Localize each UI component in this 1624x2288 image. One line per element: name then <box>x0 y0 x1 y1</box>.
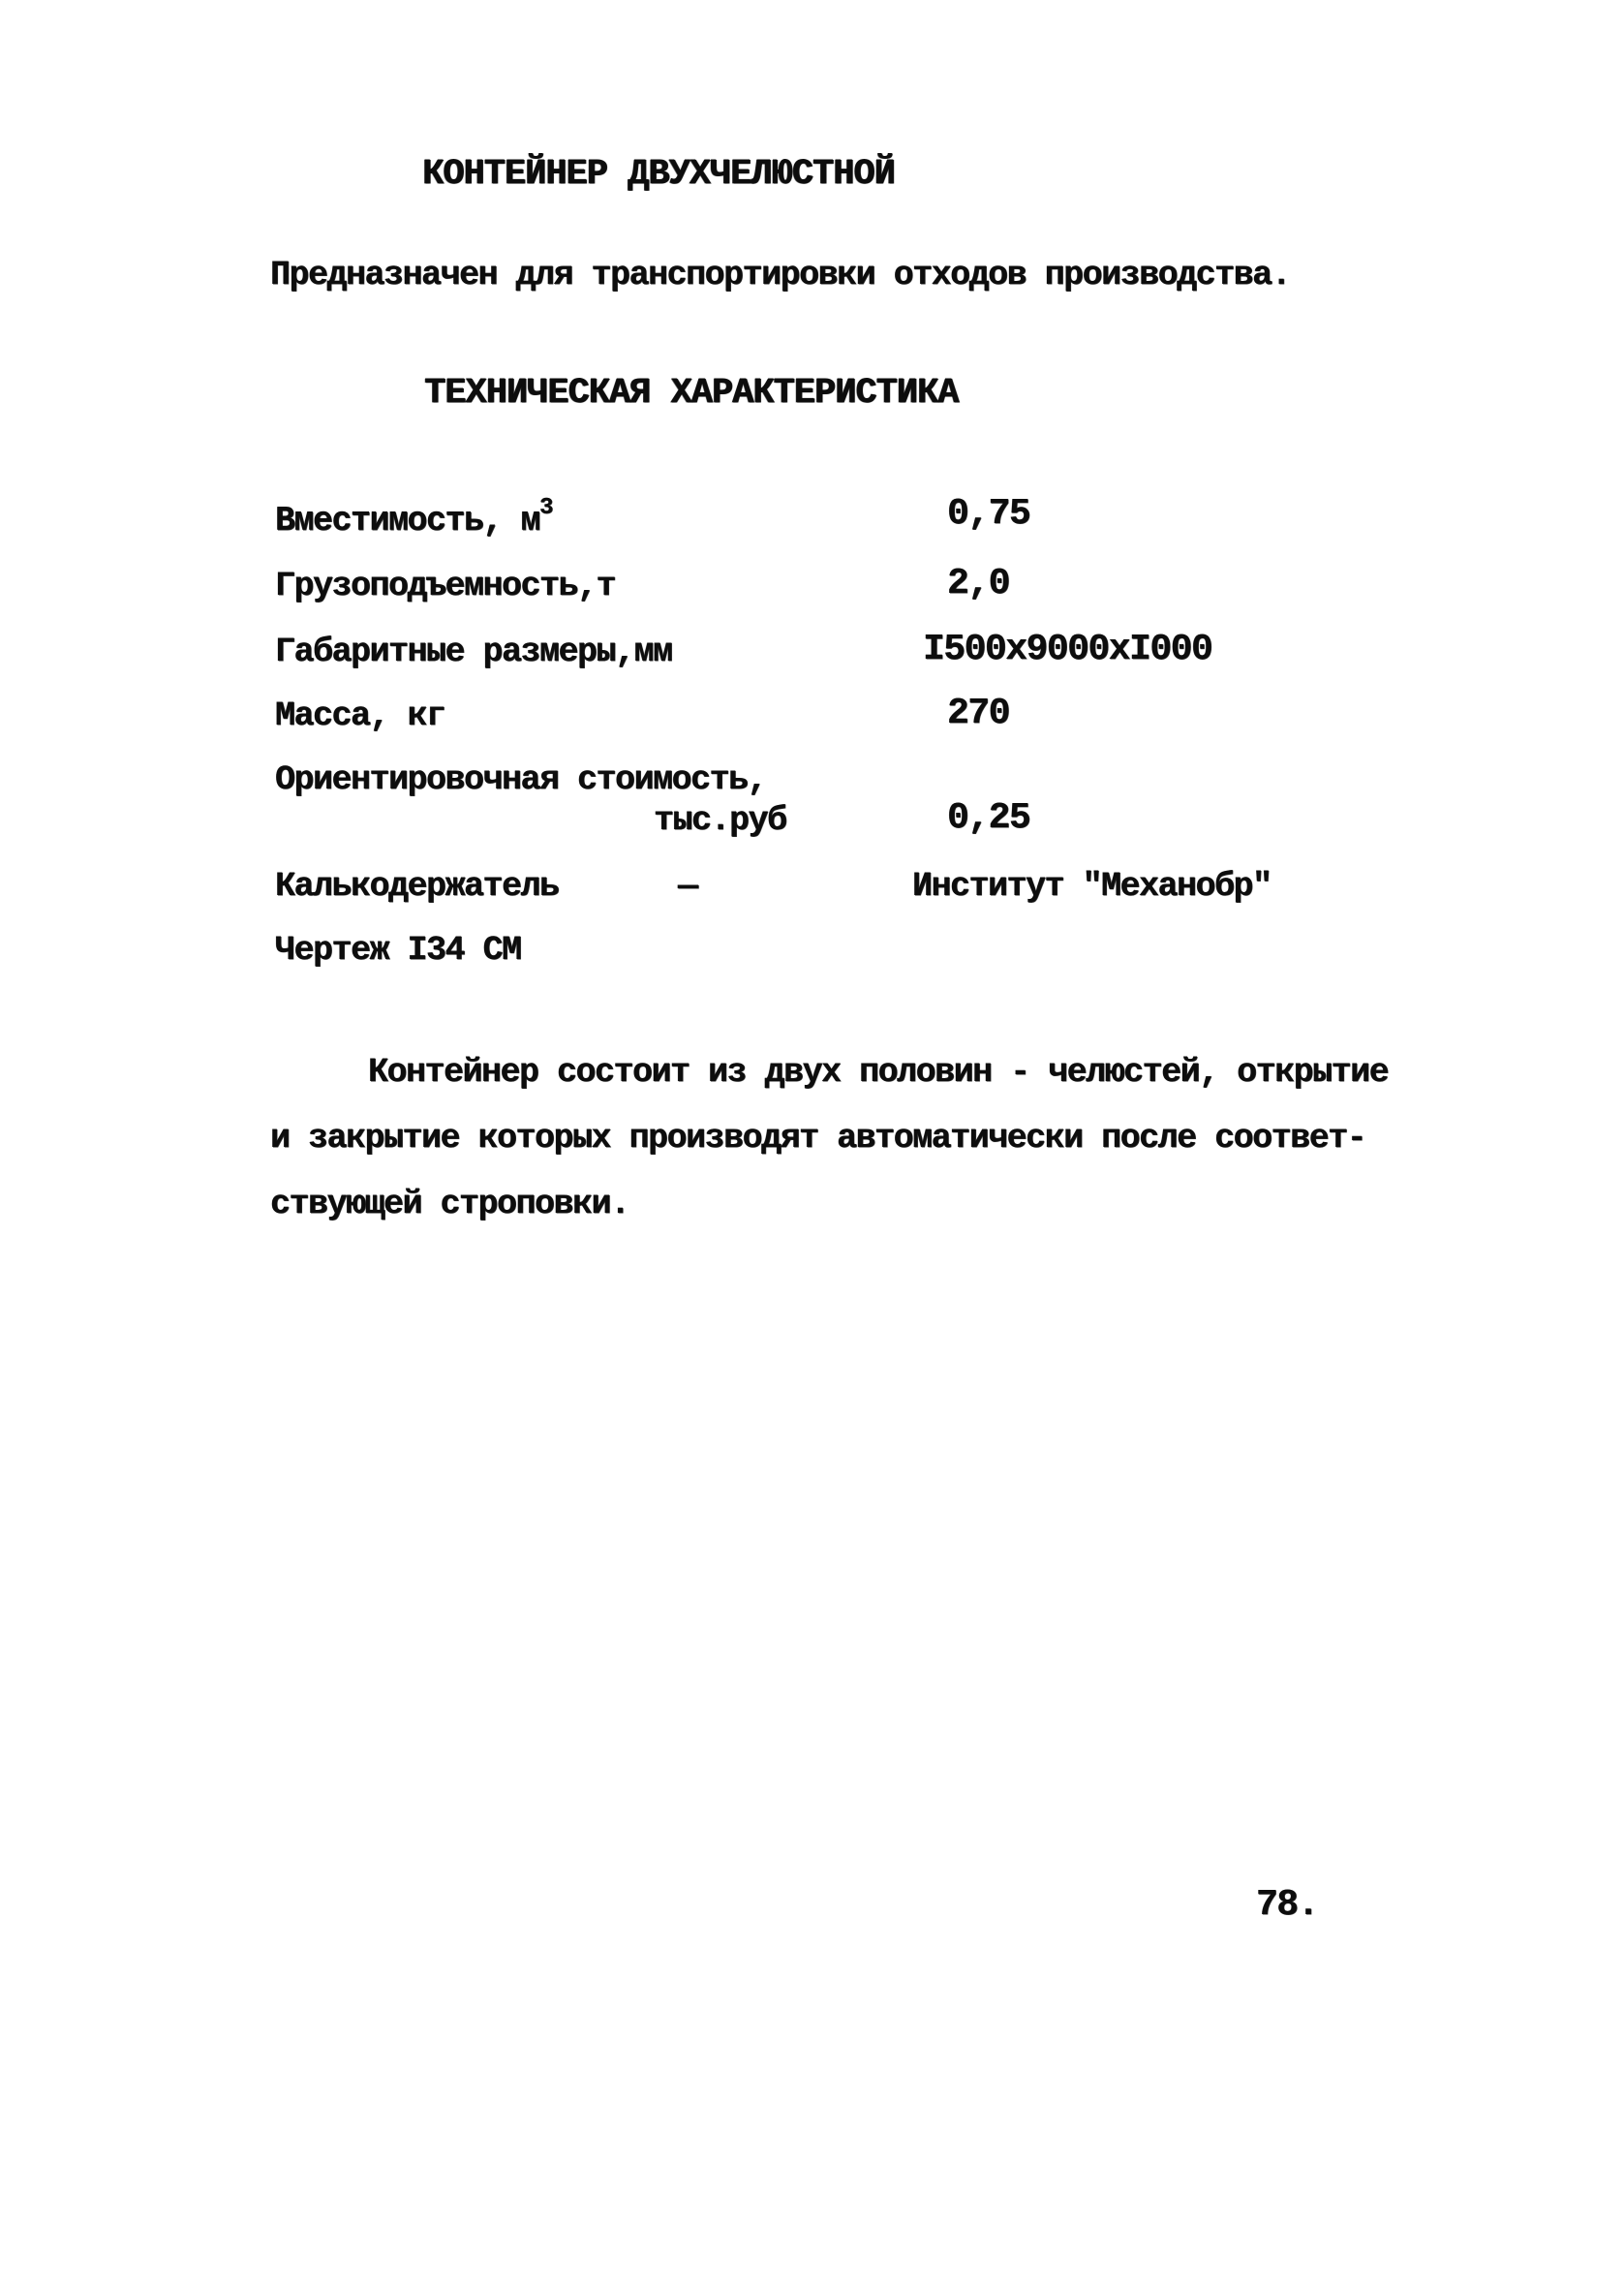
dimensions-value: I500х9000хI000 <box>923 630 1211 670</box>
capacity-label: Вместимость, м3 <box>275 500 552 540</box>
capacity-superscript: 3 <box>539 495 552 521</box>
paragraph-line-3: ствующей строповки. <box>270 1186 629 1223</box>
holder-dash: — <box>678 868 697 906</box>
paragraph-line-1: Контейнер состоит из двух половин - челю… <box>368 1054 1388 1092</box>
document-title: КОНТЕЙНЕР ДВУХЧЕЛЮСТНОЙ <box>422 155 895 195</box>
load-label: Грузоподъемность,т <box>275 568 615 605</box>
capacity-value: 0,75 <box>947 494 1029 535</box>
load-value: 2,0 <box>947 564 1009 604</box>
cost-value: 0,25 <box>947 798 1029 839</box>
document-page: КОНТЕЙНЕР ДВУХЧЕЛЮСТНОЙ Предназначен для… <box>0 0 1624 2288</box>
cost-label-line2: тыс.руб <box>654 802 786 840</box>
holder-value: Институт "Механобр" <box>912 868 1272 906</box>
capacity-label-text: Вместимость, м <box>275 502 539 541</box>
mass-value: 270 <box>947 694 1009 734</box>
section-heading: ТЕХНИЧЕСКАЯ ХАРАКТЕРИСТИКА <box>424 374 958 414</box>
mass-label: Масса, кг <box>275 697 445 735</box>
page-number: 78. <box>1256 1885 1318 1926</box>
dimensions-label: Габаритные размеры,мм <box>275 634 672 671</box>
cost-label-line1: Ориентировочная стоимость, <box>275 761 766 799</box>
intro-text: Предназначен для транспортировки отходов… <box>270 257 1290 294</box>
drawing-label: Чертеж I34 СМ <box>275 932 521 970</box>
holder-label: Калькодержатель <box>275 868 559 906</box>
paragraph-line-2: и закрытие которых производят автоматиче… <box>270 1120 1365 1158</box>
